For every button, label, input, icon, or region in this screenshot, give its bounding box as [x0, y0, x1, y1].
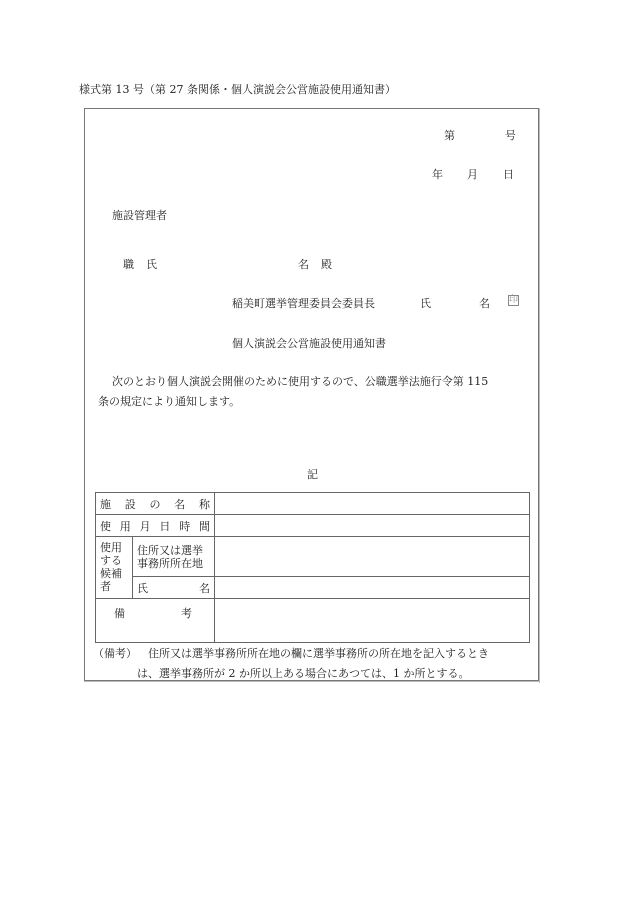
- sender-title: 稲美町選挙管理委員会委員長: [232, 295, 375, 311]
- note-line-2: は、選挙事務所が 2 か所以上ある場合にあつては、1 か所とする。: [137, 665, 470, 681]
- table-row-candidate-address: 使用 する 候補 者 住所又は選挙 事務所所在地: [96, 537, 530, 577]
- frame-shadow-bottom: [84, 681, 540, 682]
- remarks-label: 備 考: [96, 599, 215, 643]
- date-year-label: 年: [432, 166, 443, 182]
- facility-name-label: 施 設 の 名 称: [96, 493, 215, 515]
- number-prefix: 第: [444, 127, 455, 143]
- date-day-label: 日: [503, 166, 514, 182]
- addressee-name-label-2: 名: [298, 256, 309, 272]
- remarks-value[interactable]: [215, 599, 530, 643]
- addressee-honorific: 殿: [321, 256, 332, 272]
- addressee-name-label-1: 氏: [146, 256, 157, 272]
- candidate-address-value[interactable]: [215, 537, 530, 577]
- candidate-group-label: 使用 する 候補 者: [96, 537, 133, 599]
- addressee-position-label: 職: [123, 256, 134, 272]
- usage-datetime-value[interactable]: [215, 515, 530, 537]
- document-title: 個人演説会公営施設使用通知書: [232, 335, 386, 351]
- seal-mark-icon: 印: [508, 295, 519, 306]
- table-row-candidate-name: 氏 名: [96, 577, 530, 599]
- details-table: 施 設 の 名 称 使 用 月 日 時 間 使用 する 候補 者: [95, 492, 530, 643]
- date-month-label: 月: [467, 166, 478, 182]
- candidate-name-label: 氏 名: [133, 577, 215, 599]
- sender-name-label-1: 氏: [420, 295, 431, 311]
- addressee-label: 施設管理者: [112, 207, 167, 223]
- body-line-1: 次のとおり個人演説会開催のために使用するので、公職選挙法施行令第 115: [112, 372, 488, 392]
- usage-datetime-label: 使 用 月 日 時 間: [96, 515, 215, 537]
- candidate-address-label: 住所又は選挙 事務所所在地: [133, 537, 215, 577]
- note-label: （備考）: [93, 645, 137, 661]
- facility-name-value[interactable]: [215, 493, 530, 515]
- table-row-usage-datetime: 使 用 月 日 時 間: [96, 515, 530, 537]
- candidate-name-value[interactable]: [215, 577, 530, 599]
- form-caption: 様式第 13 号（第 27 条関係・個人演説会公営施設使用通知書）: [79, 81, 396, 97]
- frame-shadow-right: [539, 108, 540, 683]
- note-line-1: 住所又は選挙事務所所在地の欄に選挙事務所の所在地を記入するとき: [148, 645, 489, 661]
- number-suffix: 号: [505, 127, 516, 143]
- table-row-facility-name: 施 設 の 名 称: [96, 493, 530, 515]
- body-line-2: 条の規定により通知します。: [98, 392, 240, 412]
- table-row-remarks: 備 考: [96, 599, 530, 643]
- sender-name-label-2: 名: [479, 295, 490, 311]
- record-heading: 記: [307, 466, 318, 482]
